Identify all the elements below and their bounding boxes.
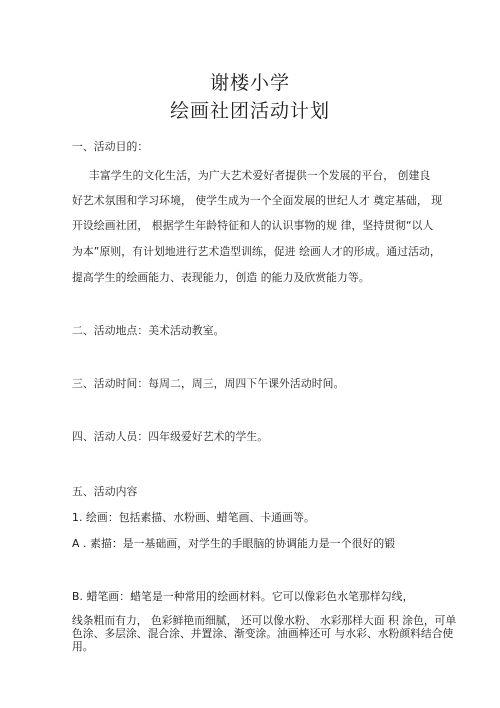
purpose-heading: 一、活动目的： (72, 139, 148, 154)
content-item-a: A . 素描：是一基础画，对学生的手眼脑的协调能力是一个很好的锻 (72, 536, 395, 551)
content-heading: 五、活动内容 (72, 484, 137, 499)
plan-title: 绘画社团活动计划 (0, 96, 500, 123)
content-item-b-continuation: 线条粗而有力， 色彩鲜艳而细腻， 还可以像水粉、 水彩那样大面 积 涂色，可单色… (72, 614, 460, 653)
purpose-line-5: 提高学生的绘画能力、表现能力，创造 的能力及欣赏能力等。 (72, 270, 370, 285)
content-item-b: B. 蜡笔画：蜡笔是一种常用的绘画材料。它可以像彩色水笔那样勾线， (72, 589, 413, 604)
purpose-line-2: 好艺术氛围和学习环境， 使学生成为一个全面发展的世纪人才 奠定基础， 现 (72, 193, 442, 208)
purpose-line-1: 丰富学生的文化生活，为广大艺术爱好者提供一个发展的平台， 创建良 (89, 168, 430, 183)
content-item-1: 1. 绘画：包括素描、水粉画、蜡笔画、卡通画等。 (72, 510, 315, 525)
purpose-line-4: 为本”原则，有计划地进行艺术造型训练，促进 绘画人才的形成。通过活动， (72, 244, 441, 259)
purpose-line-3: 开设绘画社团， 根据学生年龄特征和人的认识事物的规 律，坚持贯彻“以人 (72, 218, 433, 233)
school-title: 谢楼小学 (0, 68, 500, 95)
time-line: 三、活动时间：每周二，周三，周四下午课外活动时间。 (72, 376, 344, 391)
location-line: 二、活动地点：美术活动教室。 (72, 323, 225, 338)
participants-line: 四、活动人员：四年级爱好艺术的学生。 (72, 429, 268, 444)
